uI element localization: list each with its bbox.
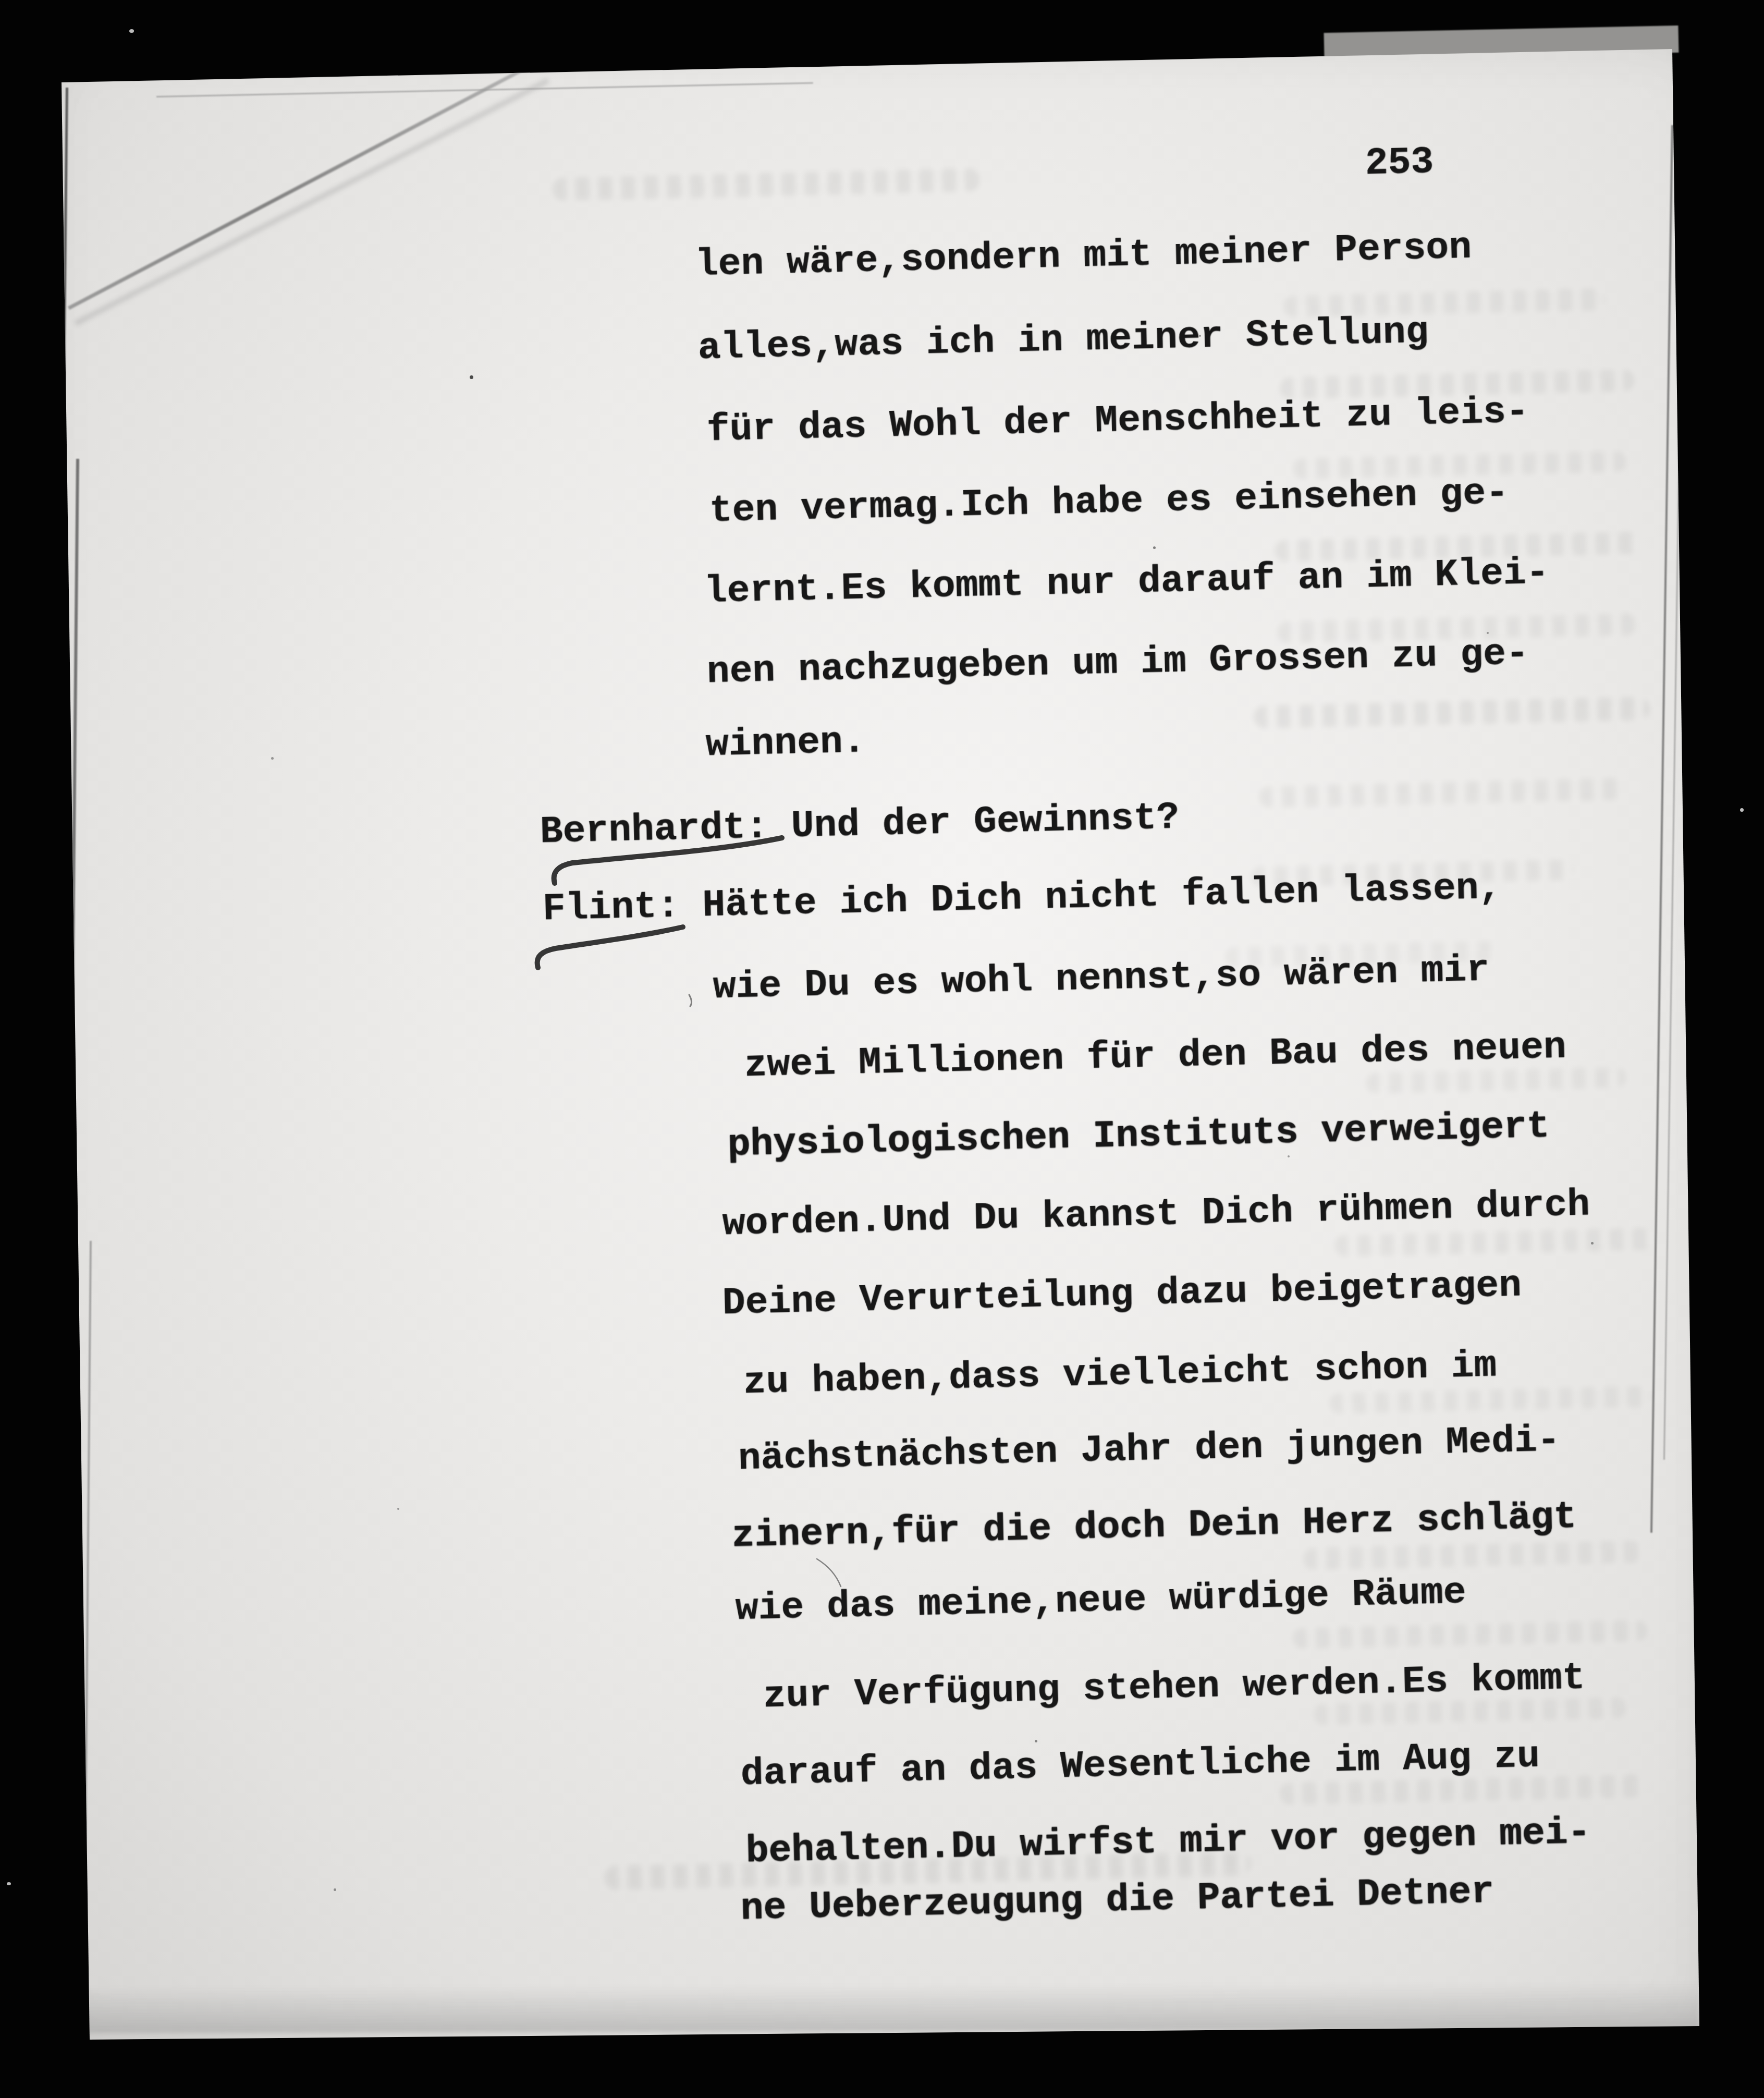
typed-line: ne Ueberzeugung die Partei Detner [740, 1872, 1494, 1928]
typed-line: darauf an das Wesentliche im Aug zu [740, 1737, 1540, 1793]
typed-line: Bernhardt: Und der Gewinnst? [540, 798, 1180, 851]
typed-line: Flint: Hätte ich Dich nicht fallen lasse… [542, 868, 1502, 928]
typed-line: physiologischen Instituts verweigert [727, 1107, 1550, 1164]
typed-line: behalten.Du wirfst mir vor gegen mei- [745, 1813, 1591, 1870]
typed-line: zwei Millionen für den Bau des neuen [744, 1028, 1566, 1084]
typed-line: zu haben,dass vielleicht schon im [743, 1346, 1497, 1401]
typed-line: ten vermag.Ich habe es einsehen ge- [709, 473, 1509, 530]
dust-speck [129, 29, 134, 33]
typed-line: lernt.Es kommt nur darauf an im Klei- [704, 553, 1549, 611]
typed-line: wie Du es wohl nennst,so wären mir [713, 950, 1490, 1006]
dust-speck [7, 1882, 11, 1885]
scan-photo: 253 len wäre,sondern mit meiner Personal… [0, 0, 1764, 2098]
typed-text-block: len wäre,sondern mit meiner Personalles,… [0, 0, 1764, 2098]
typed-line: nen nachzugeben um im Grossen zu ge- [706, 634, 1529, 691]
manuscript-page: 253 len wäre,sondern mit meiner Personal… [0, 0, 1764, 2098]
typed-line: winnen. [705, 722, 866, 764]
typed-line: wie das meine,neue würdige Räume [735, 1573, 1466, 1628]
typed-line: für das Wohl der Menschheit zu leis- [706, 392, 1529, 449]
dust-speck [1740, 808, 1744, 812]
typed-line: nächstnächsten Jahr den jungen Medi- [738, 1421, 1560, 1478]
typed-line: len wäre,sondern mit meiner Person [695, 228, 1472, 284]
typed-line: zur Verfügung stehen werden.Es kommt [763, 1658, 1585, 1715]
typed-line: worden.Und Du kannst Dich rühmen durch [722, 1185, 1590, 1243]
typed-line: Deine Verurteilung dazu beigetragen [722, 1266, 1522, 1322]
typed-line: zinern,für die doch Dein Herz schlägt [731, 1497, 1577, 1555]
typed-line: alles,was ich in meiner Stellung [697, 312, 1429, 367]
